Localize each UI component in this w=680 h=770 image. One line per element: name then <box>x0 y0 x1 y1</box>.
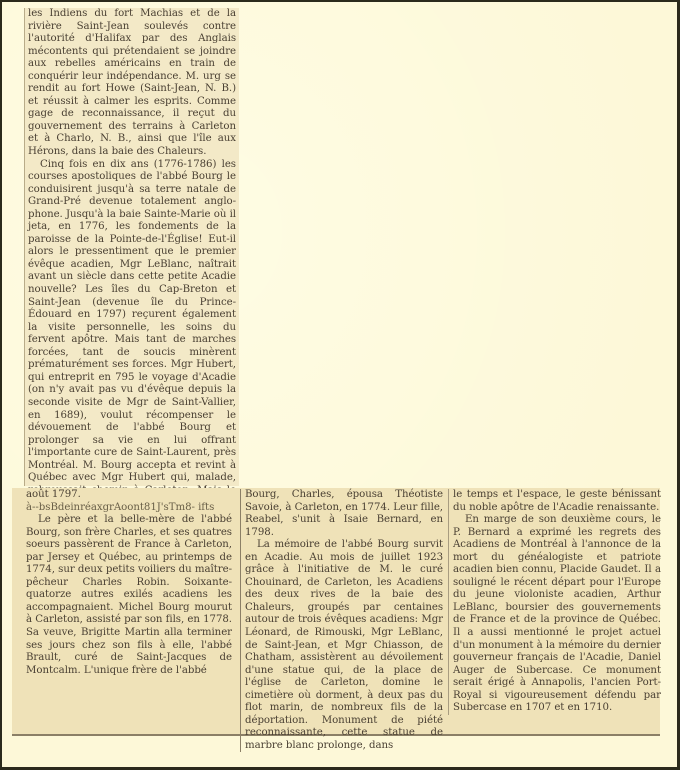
paragraph: En marge de son deuxième cours, le P. Be… <box>453 514 661 715</box>
paragraph: le temps et l'espace, le geste bénissant… <box>453 489 661 514</box>
paragraph: Bourg, Charles, épousa Théotiste Savoie,… <box>245 489 443 539</box>
date-line: août 1797. <box>26 489 232 502</box>
paragraph: les Indiens du fort Machias et de la riv… <box>28 8 236 159</box>
paragraph: La mémoire de l'abbé Bourg survit en Aca… <box>245 539 443 752</box>
bottom-column-1: août 1797. à--bsBdeinréaxgrAoont81J'sTm8… <box>26 489 232 677</box>
top-column-clipping: les Indiens du fort Machias et de la riv… <box>24 8 239 486</box>
garbled-line: à--bsBdeinréaxgrAoont81J'sTm8- ifts <box>26 502 232 515</box>
bottom-column-2: Bourg, Charles, épousa Théotiste Savoie,… <box>240 489 443 752</box>
paragraph: Le père et la belle-mère de l'abbé Bourg… <box>26 514 232 677</box>
bottom-column-3: le temps et l'espace, le geste bénissant… <box>448 489 661 715</box>
scanned-page: les Indiens du fort Machias et de la riv… <box>2 2 677 767</box>
